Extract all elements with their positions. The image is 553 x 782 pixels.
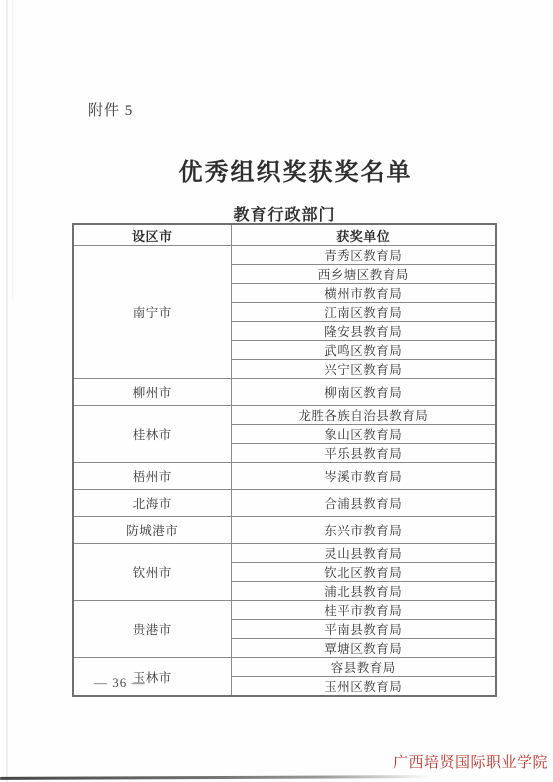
unit-cell: 龙胜各族自治县教育局 xyxy=(231,406,496,425)
table-subtitle: 教育行政部门 xyxy=(72,202,497,225)
unit-cell: 灵山县教育局 xyxy=(231,544,496,563)
table-row: 梧州市岑溪市教育局 xyxy=(73,463,496,490)
unit-cell: 岑溪市教育局 xyxy=(231,463,496,490)
unit-cell: 平乐县教育局 xyxy=(231,444,496,463)
unit-cell: 合浦县教育局 xyxy=(231,490,496,517)
unit-cell: 象山区教育局 xyxy=(231,425,496,444)
city-cell: 北海市 xyxy=(73,490,231,517)
unit-cell: 浦北县教育局 xyxy=(231,582,496,601)
page-title: 优秀组织奖获奖名单 xyxy=(38,152,553,187)
unit-cell: 西乡塘区教育局 xyxy=(231,265,496,284)
watermark-college-name: 广西培贤国际职业学院 xyxy=(248,751,548,772)
unit-cell: 平南县教育局 xyxy=(231,620,496,639)
awards-table: 设区市 获奖单位 南宁市青秀区教育局西乡塘区教育局横州市教育局江南区教育局隆安县… xyxy=(72,223,497,697)
city-cell: 贵港市 xyxy=(73,601,231,658)
scan-edge-artifact-bottom xyxy=(0,775,432,780)
unit-cell: 桂平市教育局 xyxy=(231,601,496,620)
unit-cell: 江南区教育局 xyxy=(231,303,496,322)
scan-edge-artifact-left xyxy=(6,0,8,782)
city-cell: 南宁市 xyxy=(73,246,231,379)
unit-cell: 东兴市教育局 xyxy=(231,517,496,544)
city-cell: 防城港市 xyxy=(73,517,231,544)
table-row: 玉林市容县教育局 xyxy=(73,658,496,677)
unit-cell: 玉州区教育局 xyxy=(231,677,496,697)
unit-cell: 武鸣区教育局 xyxy=(231,341,496,360)
unit-cell: 兴宁区教育局 xyxy=(231,360,496,379)
unit-cell: 横州市教育局 xyxy=(231,284,496,303)
column-header-city: 设区市 xyxy=(73,224,231,246)
city-cell: 柳州市 xyxy=(73,379,231,406)
table-row: 柳州市柳南区教育局 xyxy=(73,379,496,406)
unit-cell: 青秀区教育局 xyxy=(231,246,496,265)
table-header-row: 设区市 获奖单位 xyxy=(73,224,496,246)
attachment-label: 附件 5 xyxy=(88,99,133,120)
table-row: 钦州市灵山县教育局 xyxy=(73,544,496,563)
table-row: 南宁市青秀区教育局 xyxy=(73,246,496,265)
scan-edge-artifact-left-2 xyxy=(12,0,13,300)
unit-cell: 钦北区教育局 xyxy=(231,563,496,582)
table-row: 桂林市龙胜各族自治县教育局 xyxy=(73,406,496,425)
table-row: 防城港市东兴市教育局 xyxy=(73,517,496,544)
city-cell: 桂林市 xyxy=(73,406,231,463)
unit-cell: 容县教育局 xyxy=(231,658,496,677)
unit-cell: 隆安县教育局 xyxy=(231,322,496,341)
city-cell: 钦州市 xyxy=(73,544,231,601)
unit-cell: 柳南区教育局 xyxy=(231,379,496,406)
table-row: 贵港市桂平市教育局 xyxy=(73,601,496,620)
unit-cell: 覃塘区教育局 xyxy=(231,639,496,658)
table-row: 北海市合浦县教育局 xyxy=(73,490,496,517)
page-number: — 36 — xyxy=(94,675,146,691)
city-cell: 梧州市 xyxy=(73,463,231,490)
column-header-unit: 获奖单位 xyxy=(231,224,496,246)
